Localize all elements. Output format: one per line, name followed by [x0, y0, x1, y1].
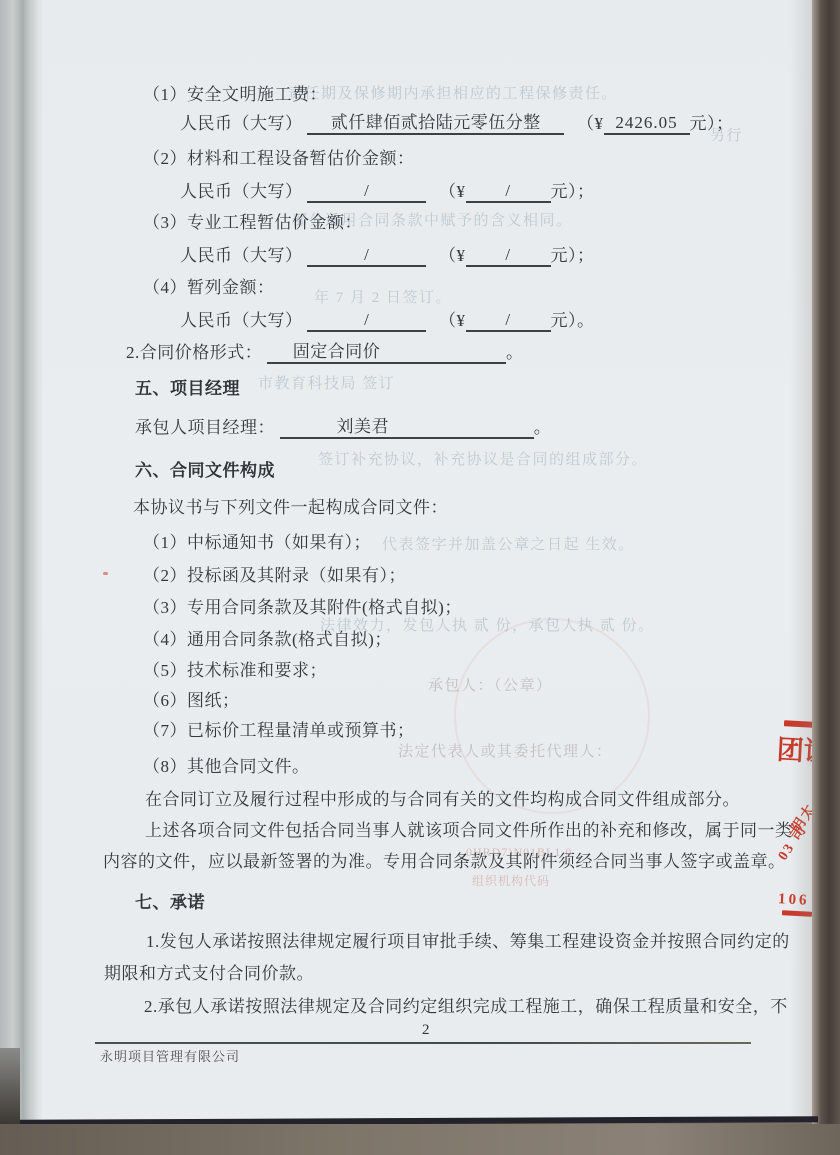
ghost-text: 市教育科技局 签订: [258, 372, 395, 393]
yuan-close: 元）；: [551, 246, 595, 265]
price-item-3-amount: 人民币（大写） / （¥/元）；: [180, 244, 595, 267]
section6-heading: 六、合同文件构成: [135, 460, 275, 482]
scanned-contract-page: 责任期及保修期内承担相应的工程保修责任。 另行 部分适用合同条款中赋予的含义相同…: [0, 0, 840, 1155]
amount-digits-blank: /: [466, 309, 551, 332]
amount-words: 贰仟肆佰贰拾陆元零伍分整: [331, 113, 541, 132]
ghost-stamp-text: 组织机构代码: [472, 872, 550, 889]
price-item-4-title: （4）暂列金额：: [143, 277, 275, 299]
section7-p2-line1: 2.承包人承诺按照法律规定及合同约定组织完成工程施工，确保工程质量和安全，不: [144, 996, 788, 1018]
amount-words: /: [364, 310, 369, 329]
price-form-label: 2.合同价格形式：: [126, 343, 262, 362]
rmb-label: 人民币（大写）: [180, 182, 303, 201]
ghost-text: 责任期及保修期内承担相应的工程保修责任。: [288, 82, 618, 103]
period: 。: [506, 343, 524, 362]
price-item-2-amount: 人民币（大写） / （¥/元）；: [180, 180, 595, 203]
amount-digits-blank: /: [466, 244, 551, 267]
amount-words-blank: /: [307, 244, 426, 267]
section6-intro: 本协议书与下列文件一起构成合同文件：: [133, 497, 448, 519]
book-edge-shadow: [812, 0, 840, 1155]
project-manager-value: 刘美君: [337, 416, 478, 438]
rmb-label: 人民币（大写）: [180, 114, 303, 133]
amount-digits-blank: 2426.05: [604, 112, 690, 135]
ghost-text: 代表签字并加盖公章之日起 生效。: [382, 533, 635, 554]
price-form-line: 2.合同价格形式： 固定合同价。: [126, 341, 524, 364]
amount-words-blank: /: [307, 180, 426, 203]
red-speck: [103, 572, 108, 575]
project-manager-label: 承包人项目经理：: [135, 418, 275, 437]
price-form-value: 固定合同价: [293, 341, 481, 363]
yuan-close: 元）；: [690, 114, 734, 133]
amount-digits-blank: /: [466, 180, 551, 203]
footer-company-name: 永明项目管理有限公司: [100, 1046, 240, 1065]
price-item-2-title: （2）材料和工程设备暂估价金额：: [143, 148, 415, 170]
price-item-1-title: （1）安全文明施工费：: [143, 84, 327, 106]
section6-para2-line1: 上述各项合同文件包括合同当事人就该项合同文件所作出的补充和修改，属于同一类: [145, 820, 793, 842]
amount-digits: /: [505, 245, 510, 264]
page-stack-left-edge: [0, 0, 46, 1124]
doc-item: （7）已标价工程量清单或预算书；: [143, 720, 415, 742]
project-manager-blank: 刘美君: [280, 416, 534, 439]
doc-item: （1）中标通知书（如果有）；: [143, 532, 371, 554]
amount-words: /: [364, 181, 369, 200]
project-manager-line: 承包人项目经理： 刘美君。: [135, 416, 551, 439]
price-item-3-title: （3）专业工程暂估价金额：: [143, 212, 362, 234]
doc-item: （4）通用合同条款(格式自拟)；: [143, 629, 392, 651]
amount-digits: 2426.05: [615, 113, 677, 132]
yen-open: （¥: [439, 311, 466, 330]
footer-rule: [95, 1042, 751, 1044]
doc-item: （2）投标函及其附录（如果有）；: [143, 565, 406, 587]
amount-words-blank: 贰仟肆佰贰拾陆元零伍分整: [307, 112, 564, 135]
price-item-1-amount: 人民币（大写） 贰仟肆佰贰拾陆元零伍分整 （¥2426.05元）；: [180, 112, 734, 135]
ghost-text: 签订补充协议，补充协议是合同的组成部分。: [318, 448, 648, 469]
yuan-close: 元）；: [551, 182, 595, 201]
section7-p1-line1: 1.发包人承诺按照法律规定履行项目审批手续、筹集工程建设资金并按照合同约定的: [146, 931, 790, 953]
doc-item: （6）图纸；: [143, 690, 240, 712]
amount-words: /: [364, 245, 369, 264]
doc-item: （8）其他合同文件。: [143, 756, 310, 778]
amount-digits: /: [505, 310, 510, 329]
page-stack-shadow: [0, 1048, 20, 1124]
price-item-4-amount: 人民币（大写） / （¥/元）。: [180, 309, 595, 332]
price-form-blank: 固定合同价: [267, 341, 506, 364]
contract-page: 责任期及保修期内承担相应的工程保修责任。 另行 部分适用合同条款中赋予的含义相同…: [42, 0, 816, 1122]
period: 。: [534, 418, 552, 437]
yuan-close: 元）。: [551, 311, 595, 330]
ghost-round-seal: [454, 618, 650, 814]
yen-open: （¥: [439, 246, 466, 265]
amount-words-blank: /: [307, 309, 426, 332]
desk-surface: [0, 1124, 840, 1155]
rmb-label: 人民币（大写）: [180, 246, 303, 265]
doc-item: （5）技术标准和要求；: [143, 660, 327, 682]
section7-p1-line2: 期限和方式支付合同价款。: [104, 963, 314, 985]
ghost-text: 年 7 月 2 日签订。: [314, 286, 452, 307]
section7-heading: 七、承诺: [135, 892, 205, 914]
section5-heading: 五、项目经理: [135, 378, 240, 400]
page-number: 2: [422, 1022, 430, 1039]
yen-open: （¥: [577, 114, 604, 133]
amount-digits: /: [505, 181, 510, 200]
rmb-label: 人民币（大写）: [180, 311, 303, 330]
section6-para2-line2: 内容的文件，应以最新签署的为准。专用合同条款及其附件须经合同当事人签字或盖章。: [103, 851, 786, 873]
section6-para1: 在合同订立及履行过程中形成的与合同有关的文件均构成合同文件组成部分。: [145, 789, 740, 811]
doc-item: （3）专用合同条款及其附件(格式自拟)；: [143, 597, 462, 619]
yen-open: （¥: [439, 182, 466, 201]
